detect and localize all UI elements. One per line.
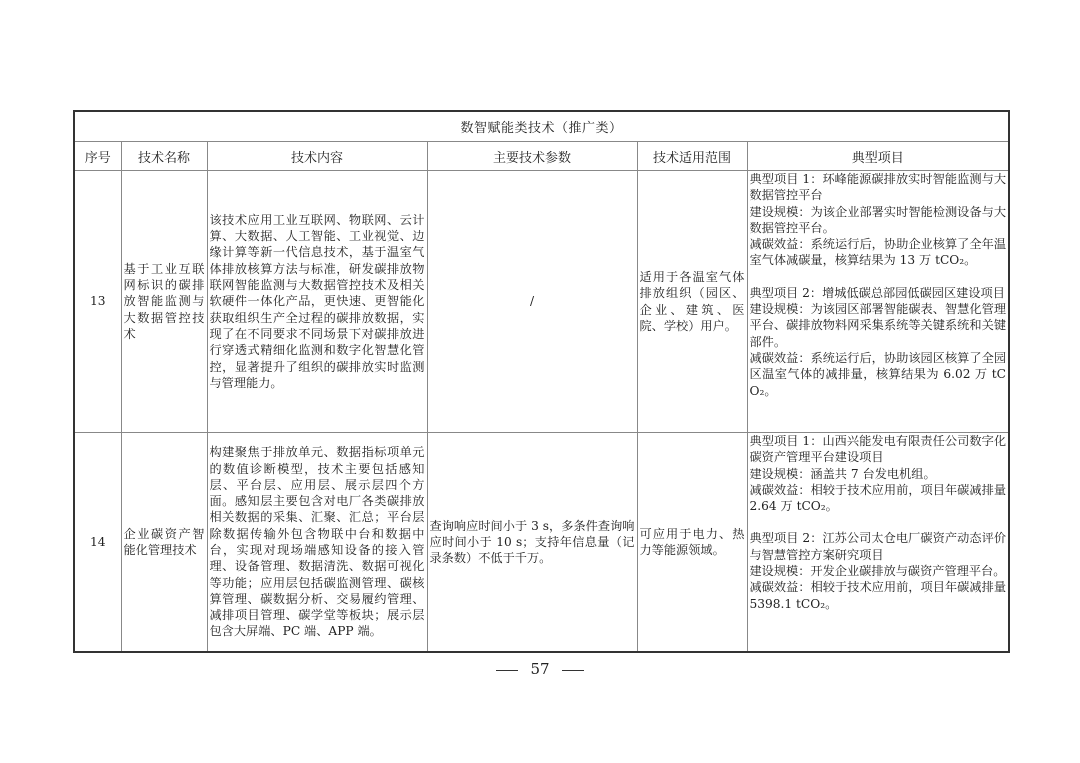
row-tech-content: 该技术应用工业互联网、物联网、云计算、大数据、人工智能、工业视觉、边缘计算等新一…	[207, 171, 427, 433]
row-tech-scope: 适用于各温室气体排放组织（园区、企业、建筑、医院、学校）用户。	[637, 171, 747, 433]
table-header-row: 序号 技术名称 技术内容 主要技术参数 技术适用范围 典型项目	[74, 142, 1009, 171]
row-tech-content: 构建聚焦于排放单元、数据指标项单元的数值诊断模型，技术主要包括感知层、平台层、应…	[207, 433, 427, 653]
table-title-row: 数智赋能类技术（推广类）	[74, 111, 1009, 142]
table-row: 13 基于工业互联网标识的碳排放智能监测与大数据管控技术 该技术应用工业互联网、…	[74, 171, 1009, 433]
header-parameters: 主要技术参数	[427, 142, 637, 171]
header-content: 技术内容	[207, 142, 427, 171]
footer-dash-left	[496, 670, 518, 671]
project-benefit: 减碳效益：系统运行后，协助该园区核算了全园区温室气体的减排量，核算结果为 6.0…	[750, 350, 1007, 399]
page-number: 57	[530, 660, 549, 678]
header-index: 序号	[74, 142, 121, 171]
row-tech-parameters: /	[427, 171, 637, 433]
project-scale: 建设规模：开发企业碳排放与碳资产管理平台。	[750, 563, 1007, 579]
row-tech-parameters: 查询响应时间小于 3 s，多条件查询响应时间小于 10 s；支持年信息量（记录条…	[427, 433, 637, 653]
typical-project: 典型项目 2：江苏公司太仓电厂碳资产动态评价与智慧管控方案研究项目 建设规模：开…	[750, 530, 1007, 611]
row-index: 13	[74, 171, 121, 433]
project-scale: 建设规模：为该企业部署实时智能检测设备与大数据管控平台。	[750, 204, 1007, 237]
project-title: 典型项目 1：山西兴能发电有限责任公司数字化碳资产管理平台建设项目	[750, 433, 1007, 466]
row-tech-name: 企业碳资产智能化管理技术	[121, 433, 207, 653]
header-name: 技术名称	[121, 142, 207, 171]
typical-project: 典型项目 2：增城低碳总部园低碳园区建设项目 建设规模：为该园区部署智能碳表、智…	[750, 285, 1007, 399]
typical-project: 典型项目 1：山西兴能发电有限责任公司数字化碳资产管理平台建设项目 建设规模：涵…	[750, 433, 1007, 514]
project-scale: 建设规模：涵盖共 7 台发电机组。	[750, 466, 1007, 482]
row-typical-projects: 典型项目 1：环峰能源碳排放实时智能监测与大数据管控平台 建设规模：为该企业部署…	[747, 171, 1009, 433]
document-page: 数智赋能类技术（推广类） 序号 技术名称 技术内容 主要技术参数 技术适用范围 …	[0, 0, 1080, 763]
project-scale: 建设规模：为该园区部署智能碳表、智慧化管理平台、碳排放物料网采集系统等关键系统和…	[750, 301, 1007, 350]
row-tech-name: 基于工业互联网标识的碳排放智能监测与大数据管控技术	[121, 171, 207, 433]
footer-dash-right	[562, 670, 584, 671]
project-title: 典型项目 2：增城低碳总部园低碳园区建设项目	[750, 285, 1007, 301]
table-title: 数智赋能类技术（推广类）	[74, 111, 1009, 142]
project-title: 典型项目 1：环峰能源碳排放实时智能监测与大数据管控平台	[750, 171, 1007, 204]
project-benefit: 减碳效益：相较于技术应用前，项目年碳减排量 2.64 万 tCO₂。	[750, 482, 1007, 515]
typical-project: 典型项目 1：环峰能源碳排放实时智能监测与大数据管控平台 建设规模：为该企业部署…	[750, 171, 1007, 269]
row-typical-projects: 典型项目 1：山西兴能发电有限责任公司数字化碳资产管理平台建设项目 建设规模：涵…	[747, 433, 1009, 653]
project-benefit: 减碳效益：系统运行后，协助企业核算了全年温室气体减碳量，核算结果为 13 万 t…	[750, 236, 1007, 269]
row-index: 14	[74, 433, 121, 653]
project-title: 典型项目 2：江苏公司太仓电厂碳资产动态评价与智慧管控方案研究项目	[750, 530, 1007, 563]
header-scope: 技术适用范围	[637, 142, 747, 171]
technology-table: 数智赋能类技术（推广类） 序号 技术名称 技术内容 主要技术参数 技术适用范围 …	[73, 110, 1010, 653]
header-projects: 典型项目	[747, 142, 1009, 171]
row-tech-scope: 可应用于电力、热力等能源领域。	[637, 433, 747, 653]
table-row: 14 企业碳资产智能化管理技术 构建聚焦于排放单元、数据指标项单元的数值诊断模型…	[74, 433, 1009, 653]
project-benefit: 减碳效益：相较于技术应用前，项目年碳减排量 5398.1 tCO₂。	[750, 579, 1007, 612]
page-footer: 57	[0, 660, 1080, 678]
